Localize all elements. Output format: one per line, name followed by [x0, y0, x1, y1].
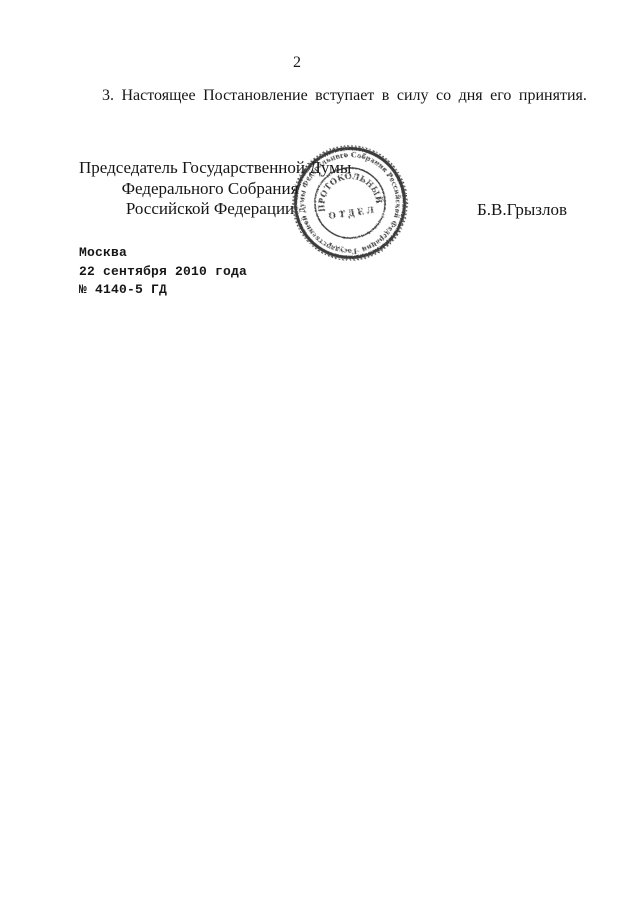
signer-name: Б.В.Грызлов: [477, 200, 567, 220]
issuance-city: Москва: [79, 244, 247, 263]
stamp-center-text: ОТДЕЛ: [328, 204, 378, 221]
issuance-document-number: № 4140-5 ГД: [79, 281, 247, 300]
document-page: 2 3. Настоящее Постановление вступает в …: [0, 0, 640, 905]
page-number: 2: [0, 54, 594, 72]
paragraph-clause-3: 3. Настоящее Постановление вступает в си…: [102, 87, 587, 105]
protocol-department-stamp-icon: Государственной Думы Федерального Собран…: [285, 138, 415, 268]
stamp-outer-ring: [288, 141, 411, 264]
stamp-ring-text: Государственной Думы Федерального Собран…: [290, 143, 410, 263]
issuance-date: 22 сентября 2010 года: [79, 263, 247, 282]
issuance-block: Москва 22 сентября 2010 года № 4140-5 ГД: [79, 244, 247, 300]
